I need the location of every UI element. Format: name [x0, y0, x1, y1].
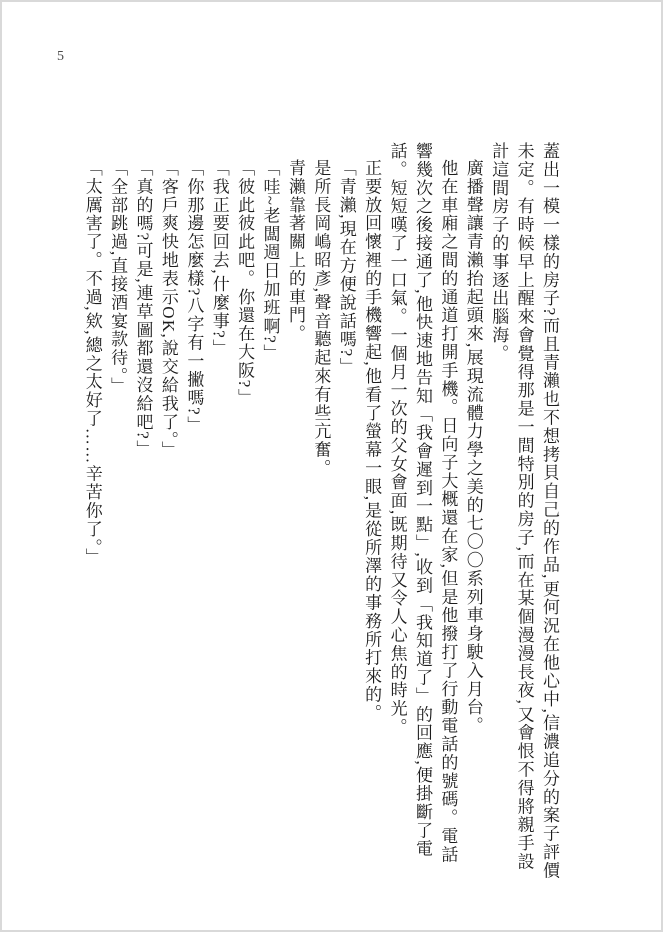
page-number: 5 [57, 49, 64, 65]
paragraph: 廣播聲讓青瀨抬起頭來,展現流體力學之美的七〇〇系列車身駛入月台。 [460, 142, 485, 880]
paragraph: 青瀨靠著關上的車門。 [283, 142, 308, 880]
paragraph: 「青瀨,現在方便說話嗎?」 [333, 142, 358, 880]
paragraph: 他在車廂之間的通道打開手機。日向子大概還在家,但是他撥打了行動電話的號碼。電話響… [384, 142, 460, 880]
paragraph: 「彼此彼此吧。你還在大阪?」 [232, 142, 257, 880]
paragraph: 「真的嗎?可是,連草圖都還沒給吧?」 [130, 142, 155, 880]
paragraph: 「你那邊怎麼樣?八字有一撇嗎?」 [181, 142, 206, 880]
paragraph: 「客戶爽快地表示OK,說交給我了。」 [156, 142, 181, 880]
paragraph: 「太厲害了。不過,欸,總之太好了……辛苦你了。」 [79, 142, 104, 880]
paragraph: 是所長岡嶋昭彥,聲音聽起來有些亢奮。 [308, 142, 333, 880]
paragraph: 「哇~老闆週日加班啊?」 [257, 142, 282, 880]
paragraph: 「我正要回去,什麼事?」 [206, 142, 231, 880]
body-text: 蓋出一模一樣的房子?而且青瀨也不想拷貝自己的作品,更何況在他心中,信濃追分的案子… [79, 142, 562, 880]
book-page: 5 蓋出一模一樣的房子?而且青瀨也不想拷貝自己的作品,更何況在他心中,信濃追分的… [0, 0, 663, 932]
paragraph: 正要放回懷裡的手機響起,他看了螢幕一眼,是從所澤的事務所打來的。 [359, 142, 384, 880]
paragraph: 「全部跳過,直接酒宴款待。」 [105, 142, 130, 880]
paragraph: 蓋出一模一樣的房子?而且青瀨也不想拷貝自己的作品,更何況在他心中,信濃追分的案子… [486, 142, 562, 880]
